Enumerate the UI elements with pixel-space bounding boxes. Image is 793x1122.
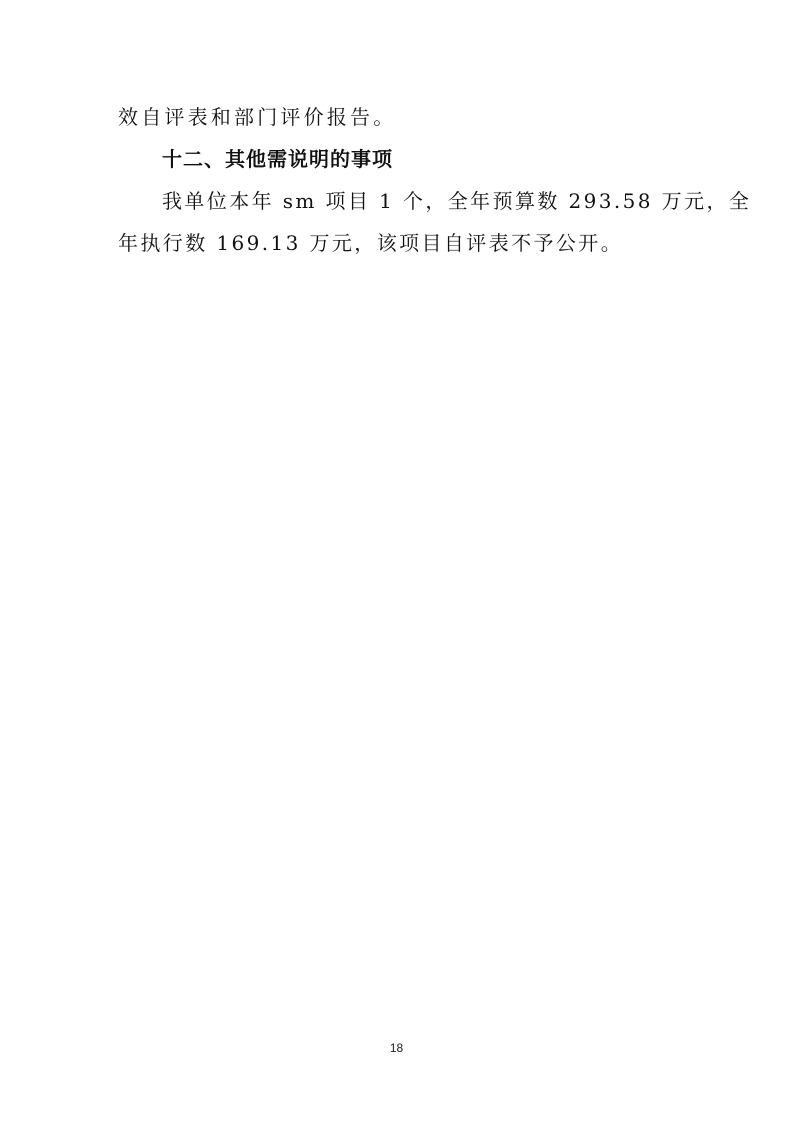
paragraph-line-1: 我单位本年 sm 项目 1 个，全年预算数 293.58 万元，全 [162,187,727,215]
document-page: 效自评表和部门评价报告。 十二、其他需说明的事项 我单位本年 sm 项目 1 个… [0,0,793,1122]
paragraph-continuation: 效自评表和部门评价报告。 [118,103,683,131]
section-heading: 十二、其他需说明的事项 [162,145,727,173]
paragraph-line-2: 年执行数 169.13 万元，该项目自评表不予公开。 [118,229,683,257]
page-number: 18 [0,1041,793,1055]
